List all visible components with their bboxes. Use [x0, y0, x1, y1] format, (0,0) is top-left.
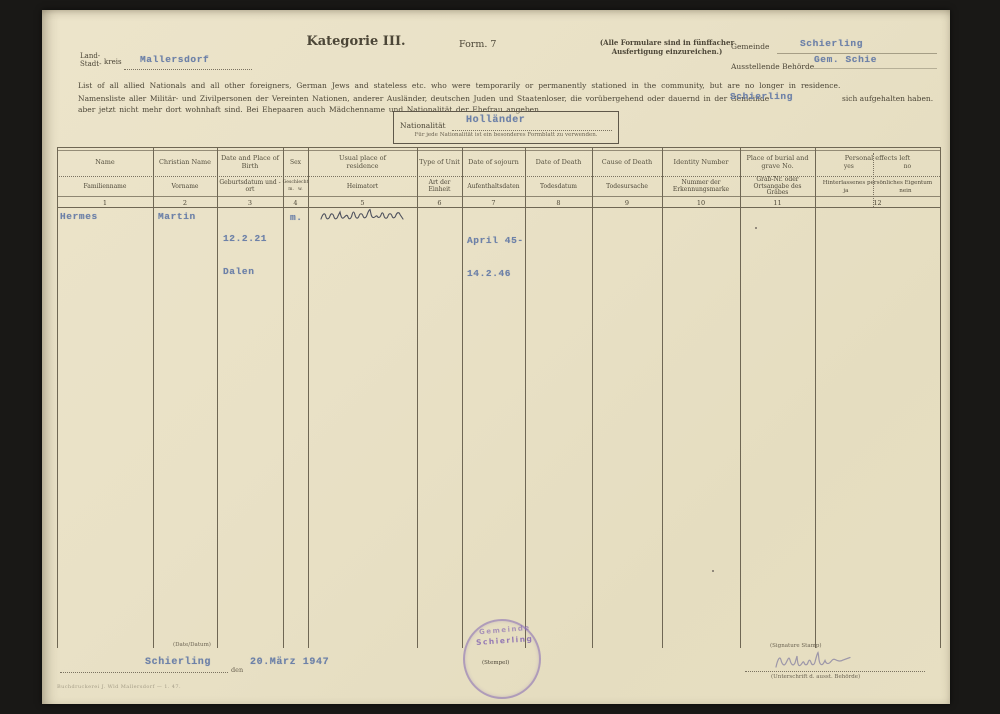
table-column-rule	[815, 147, 816, 648]
col-number: 6	[417, 197, 462, 208]
col-number: 9	[592, 197, 662, 208]
row-birth: 12.2.21 Dalen	[223, 211, 267, 299]
col-number: 7	[462, 197, 525, 208]
col-de-label: Art der Einheit	[417, 177, 462, 197]
kreis-label-left: Land- Stadt-	[80, 52, 101, 68]
gemeinde-value: Schierling	[800, 38, 863, 49]
copies-note: (Alle Formulare sind in fünffacher Ausfe…	[582, 39, 752, 56]
signature-underline	[745, 671, 925, 672]
col-number: 12	[815, 197, 940, 208]
col-en-label: Cause of Death	[592, 148, 662, 177]
intro-german-1-end: sich aufgehalten haben.	[842, 94, 933, 103]
effects-nein: nein	[899, 188, 911, 195]
signature-label: (Signature Stamp)	[770, 643, 822, 649]
signature-sublabel: (Unterschrift d. ausst. Behörde)	[771, 674, 860, 680]
col-header-sex: Sex Geschlecht m. w. 4	[283, 148, 308, 208]
col-de-label: Vorname	[153, 177, 217, 197]
table-column-rule	[525, 147, 526, 648]
col-header-unit: Type of Unit Art der Einheit 6	[417, 148, 462, 208]
col-en-label: Sex	[283, 148, 308, 177]
effects-no: no	[904, 163, 911, 171]
table-column-rule	[217, 147, 218, 648]
table-column-rule	[283, 147, 284, 648]
table-column-rule	[57, 147, 58, 648]
scanned-form-page: Kategorie III. Form. 7 (Alle Formulare s…	[42, 10, 950, 704]
col-en-label: Date of Death	[525, 148, 592, 177]
col-header-name: Name Familienname 1	[57, 148, 153, 208]
table-column-rule	[153, 147, 154, 648]
col-en-label: Date and Place of Birth	[217, 148, 283, 177]
col-de-label: Heimatort	[308, 177, 417, 197]
nationality-label: Nationalität	[400, 121, 446, 130]
intro-gemeinde-typed: Schierling	[730, 91, 793, 102]
ink-speck	[755, 227, 757, 229]
geschlecht-label: Geschlecht	[283, 180, 309, 187]
row-sojourn: April 45- 14.2.46	[467, 213, 524, 301]
form-number: Form. 7	[459, 39, 496, 50]
row-residence-handwriting	[318, 206, 408, 230]
col-de-label: Grab-Nr. oder Ortsangabe des Grabes	[740, 177, 815, 197]
col-en-label: Date of sojourn	[462, 148, 525, 177]
col-de-label: Familienname	[57, 177, 153, 197]
stadt-label: Stadt-	[80, 60, 101, 68]
date-place-value: Schierling	[145, 657, 211, 668]
col-en-label: Identity Number	[662, 148, 740, 177]
row-name: Hermes	[60, 211, 98, 222]
col-de-label: Todesursache	[592, 177, 662, 197]
table-column-rule	[592, 147, 593, 648]
nationality-note: Für jede Nationalität ist ein besonderes…	[394, 132, 618, 138]
geschlecht-mw: m. w.	[288, 187, 302, 194]
land-label: Land-	[80, 52, 101, 60]
effects-yes: yes	[844, 163, 854, 171]
col-en-label: Place of burial and grave No.	[740, 148, 815, 177]
row-sojourn-to: 14.2.46	[467, 268, 524, 279]
row-christian-name: Martin	[158, 211, 196, 222]
date-value: 20.März 1947	[250, 657, 329, 668]
effects-ja-nein: ja nein	[818, 188, 937, 195]
nationality-underline	[452, 130, 612, 131]
col-header-identity: Identity Number Nummer der Erkennungsmar…	[662, 148, 740, 208]
col-en-label: Personal effects left yes no	[815, 148, 940, 177]
col-de-label: Nummer der Erkennungsmarke	[662, 177, 740, 197]
form-category-title: Kategorie III.	[306, 34, 406, 49]
date-underline	[60, 672, 228, 673]
col-de-label: Todesdatum	[525, 177, 592, 197]
col-header-birth: Date and Place of Birth Geburtsdatum und…	[217, 148, 283, 208]
col-number: 3	[217, 197, 283, 208]
ink-speck	[712, 570, 714, 572]
den-label: den	[231, 666, 243, 674]
table-column-rule	[417, 147, 418, 648]
gemeinde-label: Gemeinde	[731, 42, 769, 51]
table-column-rule	[462, 147, 463, 648]
table-column-rule	[662, 147, 663, 648]
nationality-box: Nationalität Holländer Für jede National…	[393, 111, 619, 144]
row-birth-place: Dalen	[223, 266, 267, 277]
col-number: 10	[662, 197, 740, 208]
kreis-underline	[124, 69, 252, 70]
row-birth-date: 12.2.21	[223, 233, 267, 244]
col-header-christian-name: Christian Name Vorname 2	[153, 148, 217, 208]
table-column-rule	[740, 147, 741, 648]
kreis-value: Mallersdorf	[140, 54, 209, 65]
col-number: 8	[525, 197, 592, 208]
date-label: (Date/Datum)	[173, 642, 211, 648]
col-de-label: Geschlecht m. w.	[283, 177, 308, 197]
effects-ja: ja	[843, 188, 848, 195]
printer-imprint: Buchdruckerei J. Wld Mallersdorf — 1. 47…	[57, 684, 181, 690]
behoerde-value: Gem. Schie	[814, 54, 877, 65]
col-en-label: Name	[57, 148, 153, 177]
col-header-sojourn: Date of sojourn Aufenthaltsdaten 7	[462, 148, 525, 208]
col-number: 2	[153, 197, 217, 208]
intro-english: List of all allied Nationals and all oth…	[78, 81, 923, 90]
col-de-label: Geburtsdatum und -ort	[217, 177, 283, 197]
stempel-label: (Stempel)	[482, 660, 509, 666]
handwriting-unbekannt-glyph	[318, 206, 408, 226]
nationality-value: Holländer	[466, 115, 525, 126]
kreis-label: kreis	[104, 58, 122, 66]
col-en-label: Type of Unit	[417, 148, 462, 177]
row-sex: m.	[290, 212, 303, 223]
col-header-death-date: Date of Death Todesdatum 8	[525, 148, 592, 208]
behoerde-underline	[814, 68, 937, 69]
row-sojourn-from: April 45-	[467, 235, 524, 246]
col-number: 4	[283, 197, 308, 208]
col-header-effects: Personal effects left yes no Hinterlasse…	[815, 148, 940, 208]
effects-de-title: Hinterlassenes persönliches Eigentum	[823, 180, 932, 187]
col-header-residence: Usual place of residence Heimatort 5	[308, 148, 417, 208]
col-header-death-cause: Cause of Death Todesursache 9	[592, 148, 662, 208]
behoerde-label: Ausstellende Behörde	[731, 62, 814, 71]
col-number: 11	[740, 197, 815, 208]
col-de-label: Aufenthaltsdaten	[462, 177, 525, 197]
col-number: 1	[57, 197, 153, 208]
col-header-burial: Place of burial and grave No. Grab-Nr. o…	[740, 148, 815, 208]
col-en-label: Usual place of residence	[308, 148, 417, 177]
copies-note-line2: Ausfertigung einzureichen.)	[582, 48, 752, 57]
effects-en-title: Personal effects left	[845, 155, 910, 163]
col-de-label: Hinterlassenes persönliches Eigentum ja …	[815, 177, 940, 197]
intro-german-1: Namensliste aller Militär- und Zivilpers…	[78, 94, 769, 103]
table-column-rule	[940, 147, 941, 648]
table-column-rule	[308, 147, 309, 648]
col-en-label: Christian Name	[153, 148, 217, 177]
effects-yes-no: yes no	[819, 163, 936, 171]
